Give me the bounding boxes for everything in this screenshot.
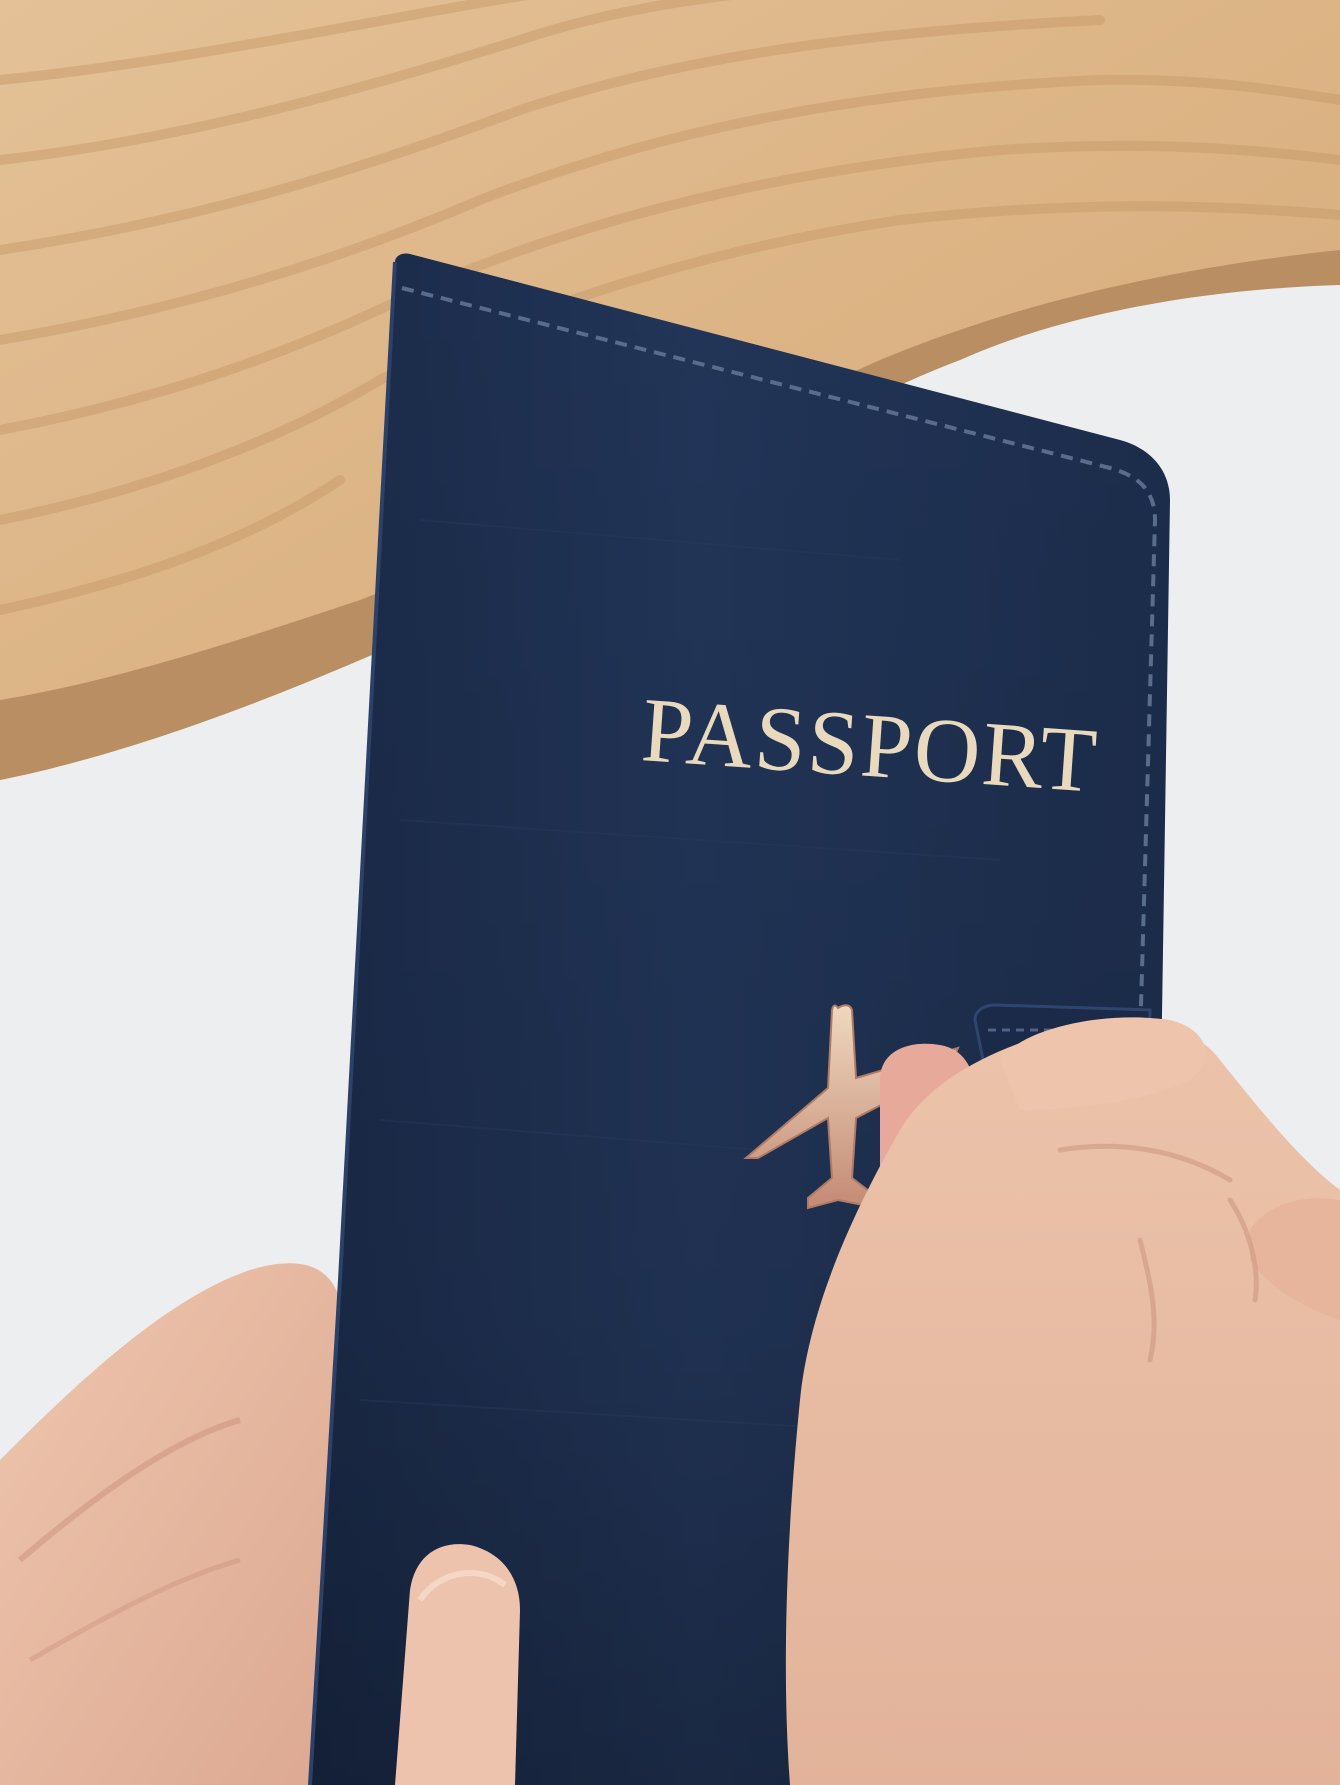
product-photo: PASSPORT	[0, 0, 1340, 1785]
photo-canvas: PASSPORT	[0, 0, 1340, 1785]
